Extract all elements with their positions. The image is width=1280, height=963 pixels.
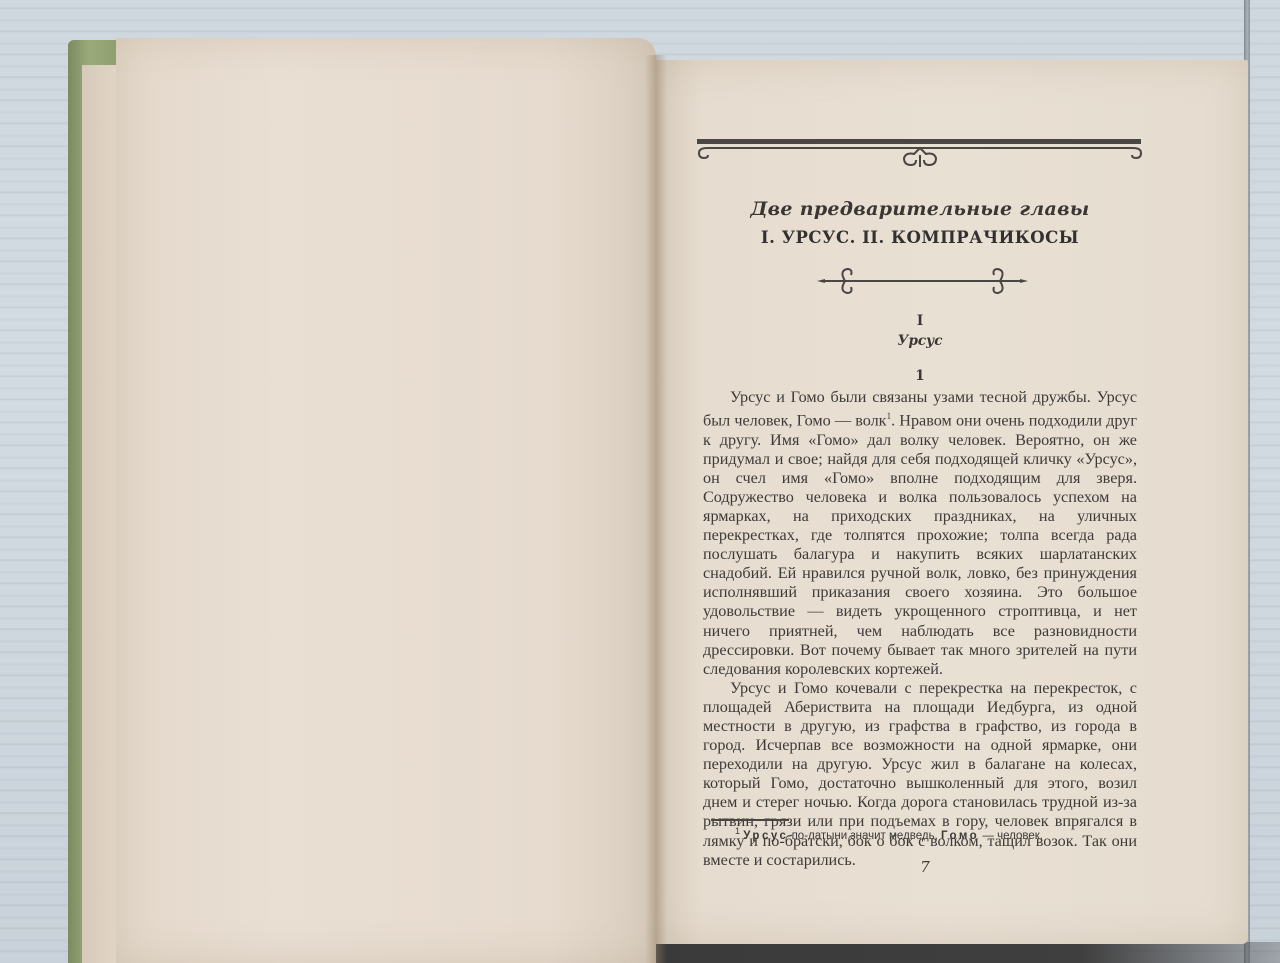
ornamental-divider-icon bbox=[815, 266, 1030, 296]
section-title: Урсус bbox=[700, 333, 1140, 349]
paragraph: Урсус и Гомо были связаны узами тесной д… bbox=[703, 388, 1137, 679]
book-shadow bbox=[620, 942, 1280, 963]
body-text: Урсус и Гомо были связаны узами тесной д… bbox=[703, 388, 1137, 870]
footnote: 1 Урсус по-латыни значит медведь, Гомо —… bbox=[735, 826, 1135, 842]
book-gutter bbox=[645, 55, 667, 963]
endpaper bbox=[82, 65, 118, 963]
chapter-heading: Две предварительные главы bbox=[700, 198, 1140, 220]
footnote-rule bbox=[711, 819, 789, 821]
section-number: I bbox=[700, 313, 1140, 329]
left-page-blank bbox=[116, 38, 656, 963]
ornamental-headpiece-icon bbox=[695, 133, 1145, 173]
page-number: 7 bbox=[910, 858, 940, 876]
subsection-number: 1 bbox=[700, 368, 1140, 384]
chapter-subheading: I. УРСУС. II. КОМПРАЧИКОСЫ bbox=[700, 228, 1140, 247]
